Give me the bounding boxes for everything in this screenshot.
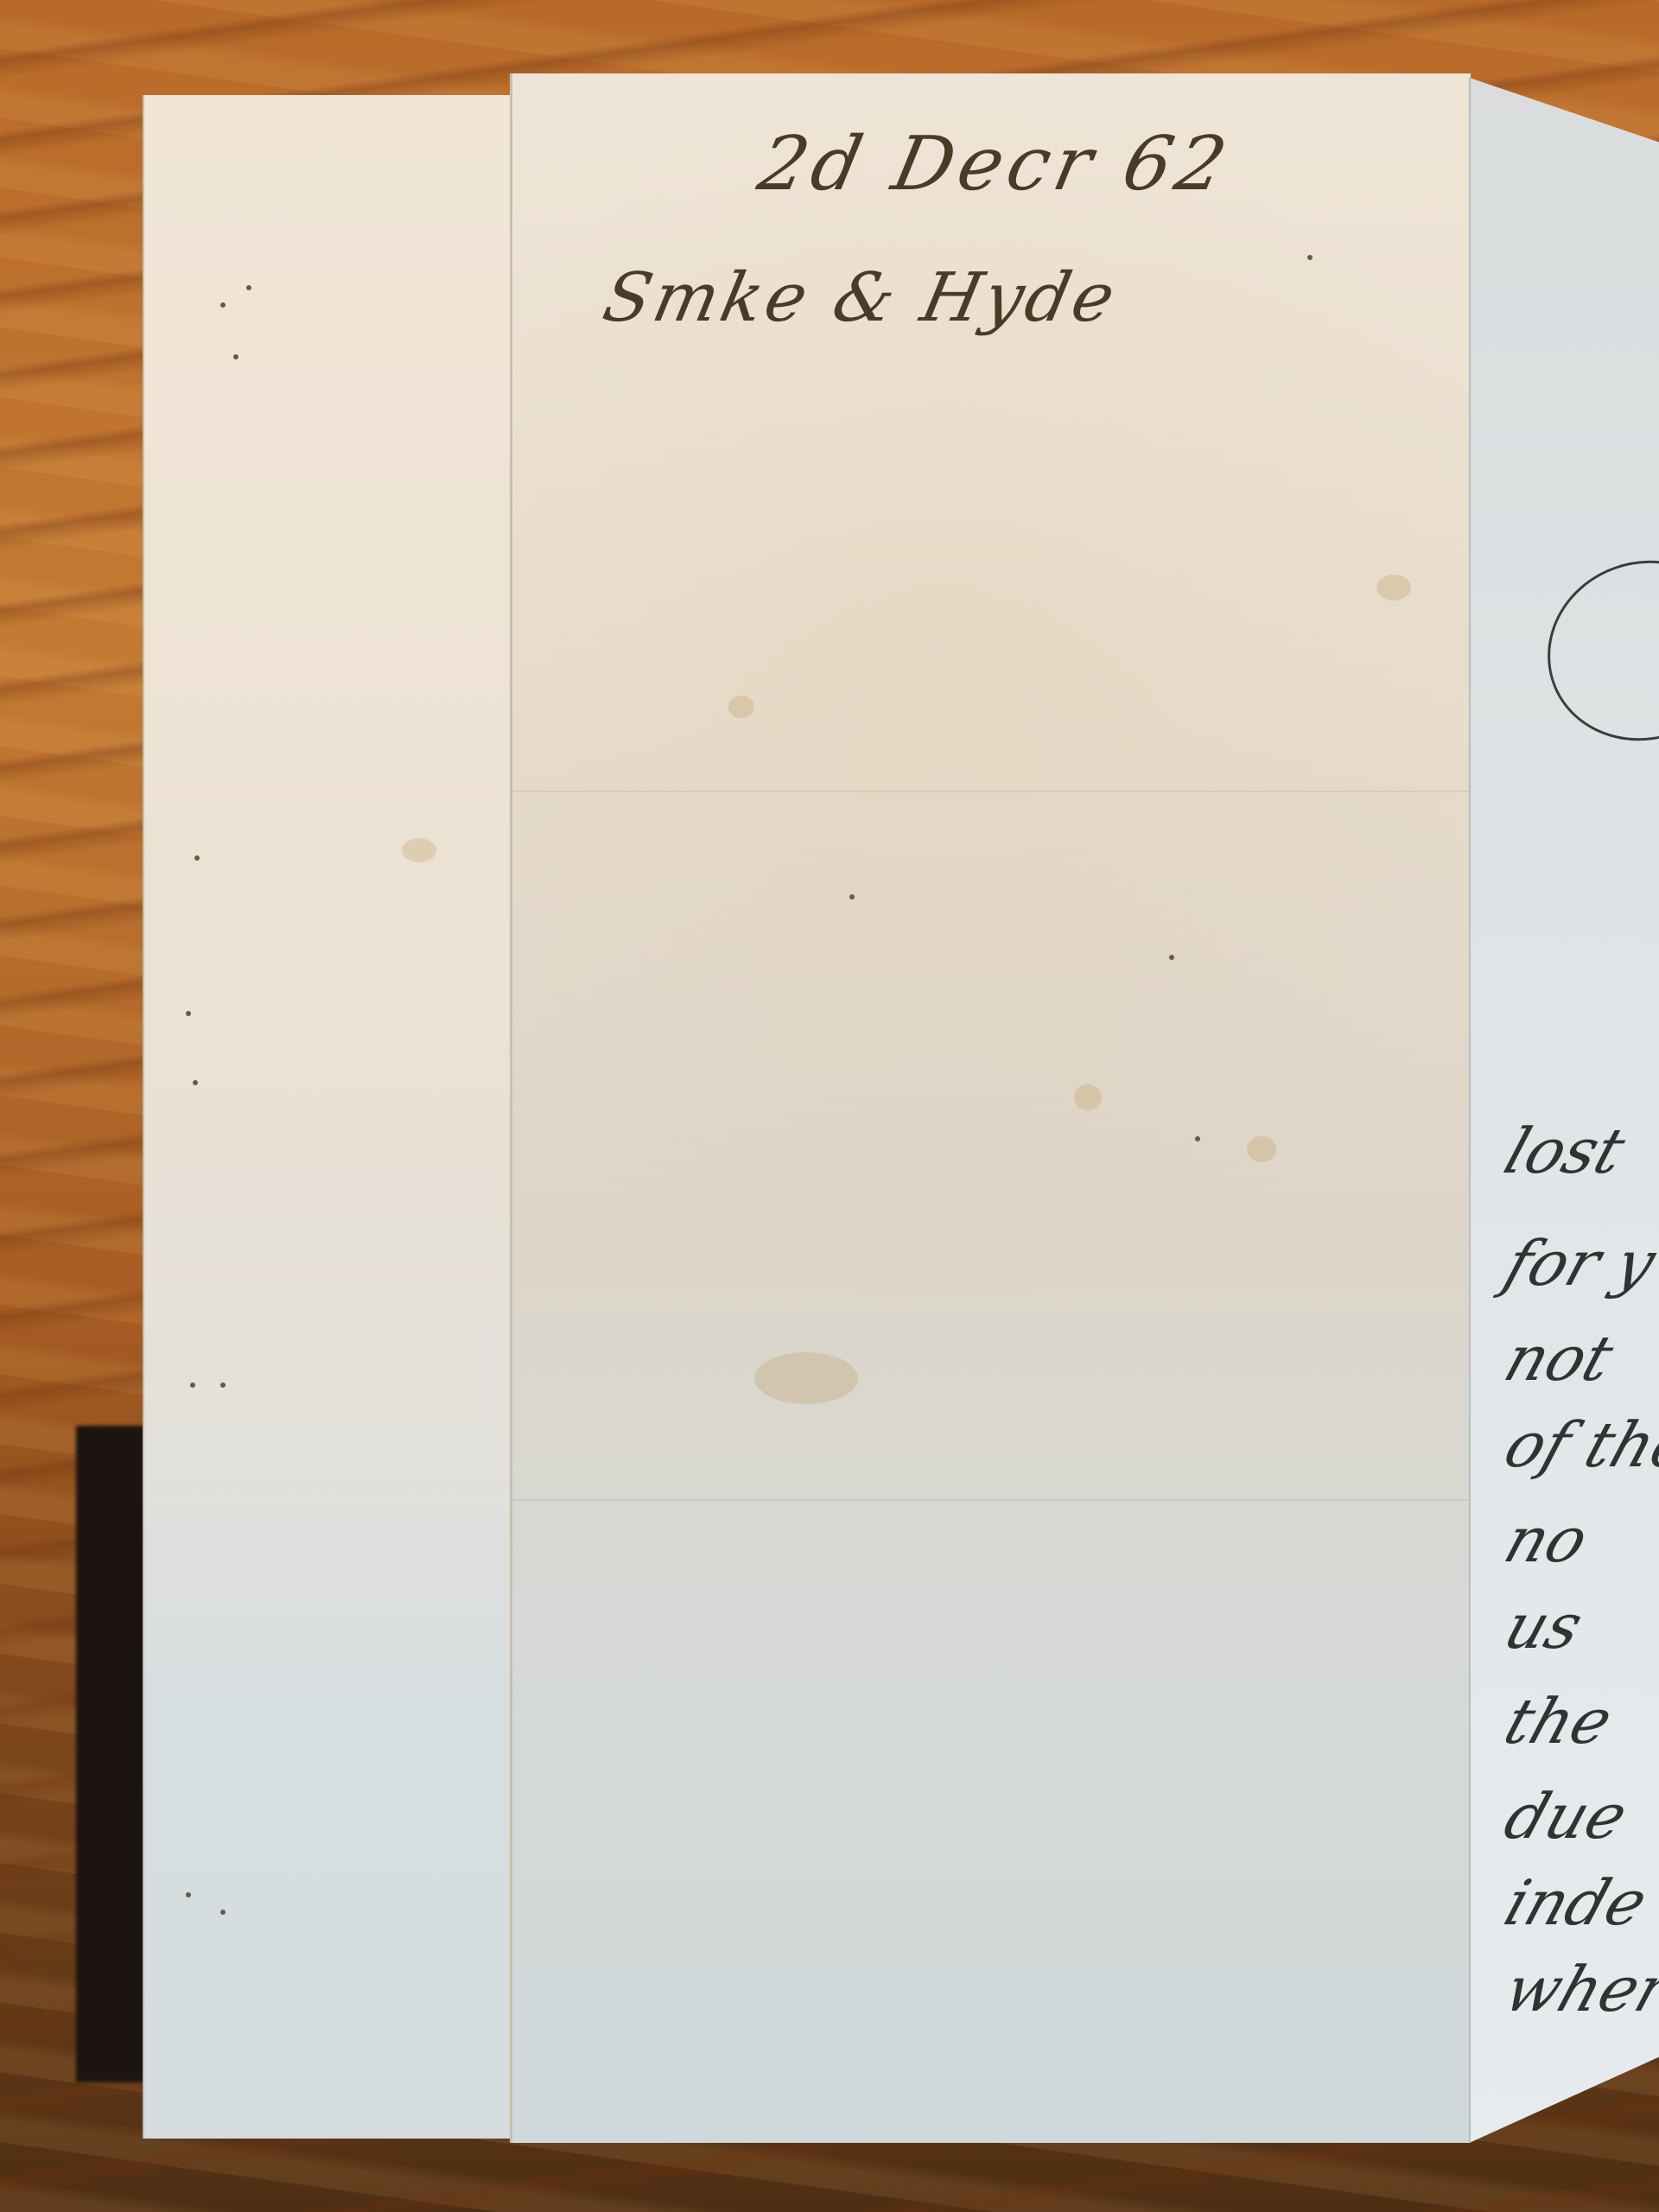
letter-line-start: due [1496,1780,1636,1853]
docket-name: Smke & Hyde [596,259,1124,337]
letter-line-start: lost [1496,1115,1634,1187]
horizontal-fold [512,1499,1471,1501]
ink-speck [194,855,200,861]
ink-speck [193,1080,198,1085]
docket-date: 2d Decr 62 [751,121,1238,207]
letter-center-panel [510,73,1471,2143]
ink-speck [186,1892,191,1897]
age-stain [1247,1136,1276,1162]
letter-right-page [1469,35,1659,2186]
letter-line-start: for y [1496,1227,1659,1300]
ink-speck [246,285,251,290]
age-stain [728,696,754,718]
ink-speck [220,1910,226,1915]
horizontal-fold [512,791,1471,792]
ink-speck [190,1382,195,1388]
age-stain [754,1352,858,1404]
age-stain [1074,1084,1102,1110]
ink-speck [849,894,855,899]
letter-line-start: of the [1496,1408,1659,1481]
ink-speck [233,354,238,359]
letter-line-start: inde [1496,1866,1656,1939]
ink-speck [1169,955,1174,960]
ink-speck [1307,255,1313,260]
ink-speck [1195,1136,1200,1141]
age-stain [402,838,436,862]
ink-speck [186,1011,191,1016]
ink-speck [220,302,226,308]
letter-left-fold [143,95,512,2139]
ink-speck [220,1382,226,1388]
letter-line-start: where [1496,1953,1659,2025]
age-stain [1376,575,1411,601]
fold-crease [143,95,144,2139]
table-shadow [76,1426,154,2082]
